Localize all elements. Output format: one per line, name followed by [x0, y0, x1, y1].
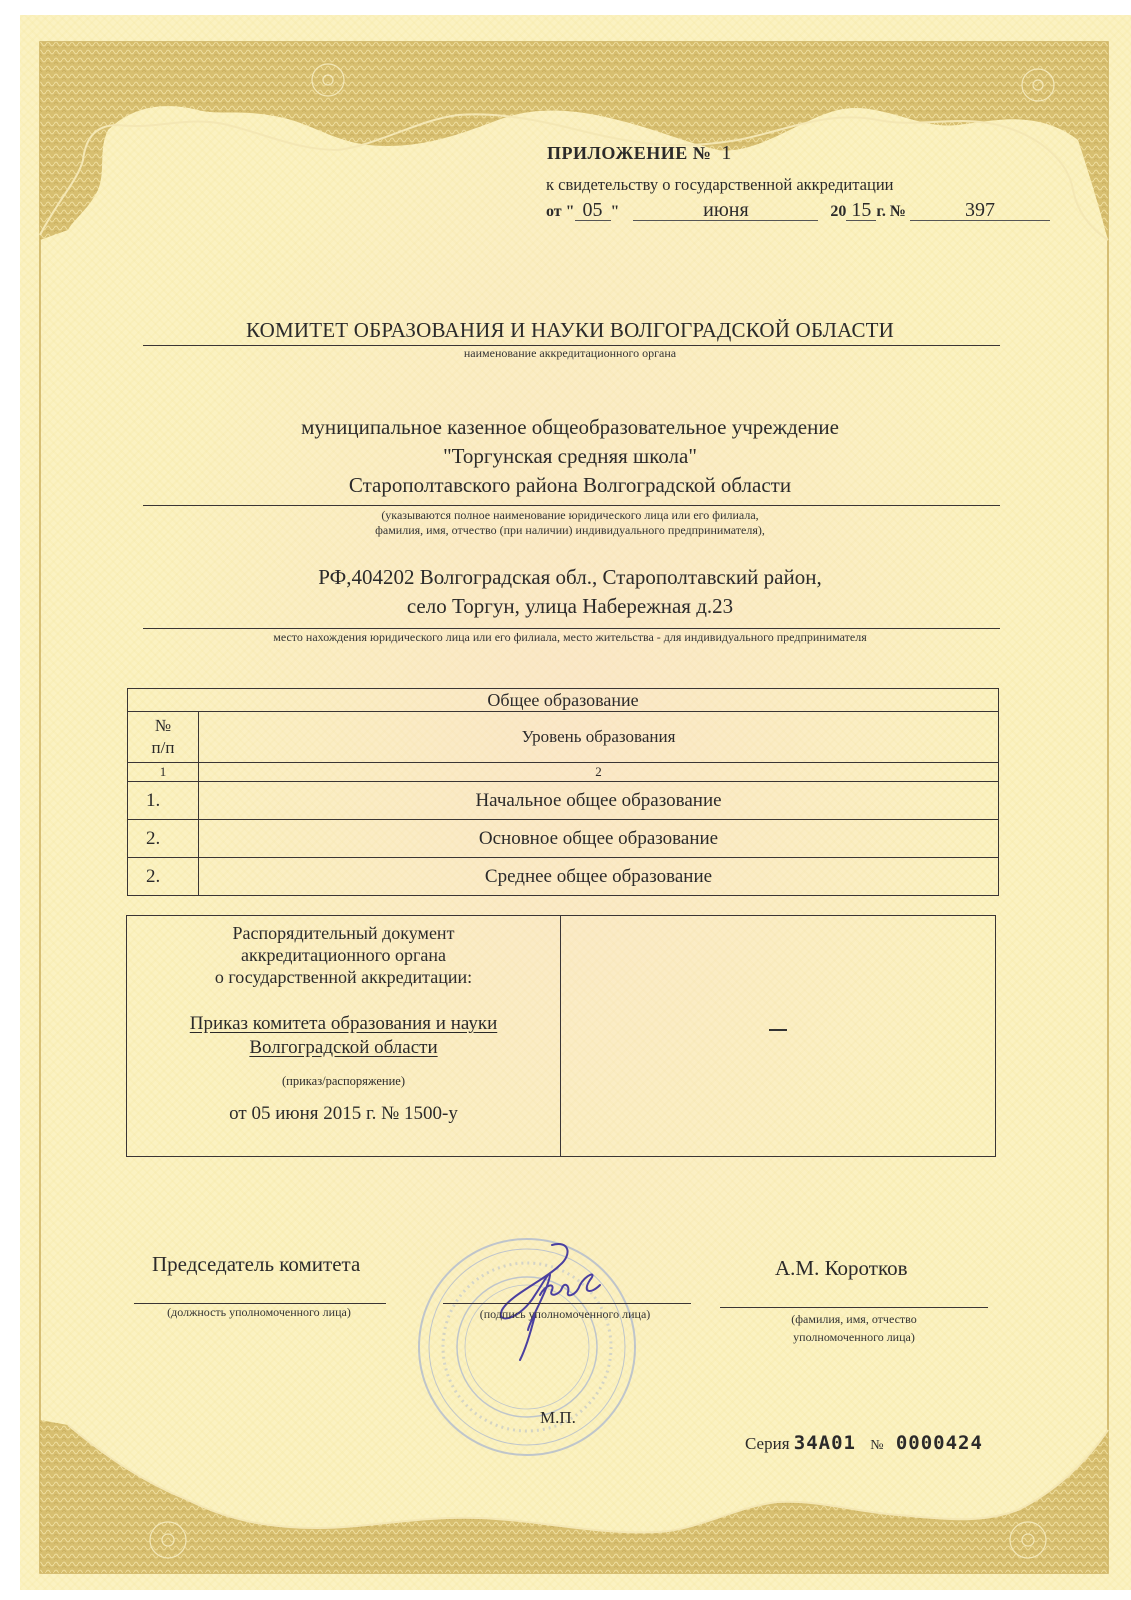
certificate-number: 397 — [910, 200, 1050, 221]
order-date-number: от 05 июня 2015 г. № 1500-у — [127, 1103, 560, 1125]
entity-line: Старополтавского района Волгоградской об… — [140, 471, 1000, 500]
address-line: РФ,404202 Волгоградская обл., Старополта… — [140, 563, 1000, 592]
row-number: 2. — [128, 858, 199, 896]
date-year: 15 — [846, 200, 876, 221]
divider — [143, 505, 1000, 506]
table-title: Общее образование — [128, 689, 999, 712]
name-caption-line: (фамилия, имя, отчество — [720, 1310, 988, 1328]
row-number: 1. — [128, 782, 199, 820]
appendix-number: 1 — [721, 142, 732, 164]
address-caption: место нахождения юридического лица или е… — [140, 630, 1000, 645]
entity-line: "Торгунская средняя школа" — [140, 442, 1000, 471]
signature-icon — [490, 1240, 620, 1370]
entity-address: РФ,404202 Волгоградская обл., Старополта… — [140, 563, 1000, 621]
date-prefix: от " — [546, 203, 575, 220]
serial-number: 0000424 — [896, 1432, 983, 1454]
col-header-number-line: № — [128, 715, 198, 737]
seal-label: М.П. — [540, 1408, 576, 1428]
order-type-line: Приказ комитета образования и науки — [190, 1013, 498, 1034]
education-levels-table: Общее образование № п/п Уровень образова… — [127, 688, 999, 896]
col-index: 2 — [199, 763, 999, 782]
date-day: 05 — [575, 200, 611, 221]
order-heading-line: аккредитационного органа — [127, 944, 560, 966]
accreditation-body-name: КОМИТЕТ ОБРАЗОВАНИЯ И НАУКИ ВОЛГОГРАДСКО… — [140, 318, 1000, 343]
table-row: 2. Основное общее образование — [128, 820, 999, 858]
dash-mark — [769, 1029, 787, 1031]
row-level: Среднее общее образование — [199, 858, 999, 896]
caption-line: фамилия, имя, отчество (при наличии) инд… — [140, 523, 1000, 538]
form-serial: Серия 34А01 № 0000424 — [745, 1432, 983, 1454]
order-heading: Распорядительный документ аккредитационн… — [127, 922, 560, 988]
entity-caption: (указываются полное наименование юридиче… — [140, 508, 1000, 538]
entity-line: муниципальное казенное общеобразовательн… — [140, 413, 1000, 442]
date-day-suffix: " — [611, 203, 620, 220]
position-caption: (должность уполномоченного лица) — [134, 1305, 384, 1320]
name-line — [720, 1307, 988, 1308]
order-type-caption: (приказ/распоряжение) — [127, 1074, 560, 1089]
order-heading-line: Распорядительный документ — [127, 922, 560, 944]
accreditation-body-caption: наименование аккредитационного органа — [140, 346, 1000, 361]
col-header-number-line: п/п — [128, 737, 198, 759]
caption-line: (указываются полное наименование юридиче… — [140, 508, 1000, 523]
certificate-date-line: от "05"июня 2015г. №397 — [546, 200, 1050, 221]
order-type: Приказ комитета образования и науки Волг… — [127, 1012, 560, 1060]
serial-number-sign: № — [870, 1438, 883, 1453]
order-empty-cell — [561, 916, 995, 1156]
signatory-name: А.М. Коротков — [775, 1256, 908, 1281]
date-month: июня — [633, 200, 818, 221]
signature-line — [443, 1303, 691, 1304]
appendix-subtitle: к свидетельству о государственной аккред… — [546, 175, 894, 195]
address-line: село Торгун, улица Набережная д.23 — [140, 592, 1000, 621]
row-level: Начальное общее образование — [199, 782, 999, 820]
name-caption-line: уполномоченного лица) — [720, 1328, 988, 1346]
order-type-line: Волгоградской области — [249, 1037, 437, 1058]
col-header-number: № п/п — [128, 712, 199, 763]
appendix-title: ПРИЛОЖЕНИЕ №1 — [547, 142, 732, 165]
appendix-label: ПРИЛОЖЕНИЕ № — [547, 143, 711, 163]
row-level: Основное общее образование — [199, 820, 999, 858]
year-prefix: 20 — [830, 203, 846, 220]
order-heading-line: о государственной аккредитации: — [127, 966, 560, 988]
order-details: Распорядительный документ аккредитационн… — [127, 916, 561, 1156]
entity-name: муниципальное казенное общеобразовательн… — [140, 413, 1000, 500]
name-caption: (фамилия, имя, отчество уполномоченного … — [720, 1310, 988, 1346]
accreditation-order-table: Распорядительный документ аккредитационн… — [126, 915, 996, 1157]
table-row: 2. Среднее общее образование — [128, 858, 999, 896]
signature-caption: (подпись уполномоченного лица) — [440, 1307, 690, 1322]
signatory-position: Председатель комитета — [152, 1252, 360, 1277]
table-row: 1. Начальное общее образование — [128, 782, 999, 820]
serial-series: 34А01 — [794, 1432, 856, 1454]
serial-label: Серия — [745, 1434, 790, 1453]
col-header-level: Уровень образования — [199, 712, 999, 763]
row-number: 2. — [128, 820, 199, 858]
number-prefix: г. № — [876, 203, 906, 220]
col-index: 1 — [128, 763, 199, 782]
divider — [143, 628, 1000, 629]
position-line — [134, 1303, 386, 1304]
